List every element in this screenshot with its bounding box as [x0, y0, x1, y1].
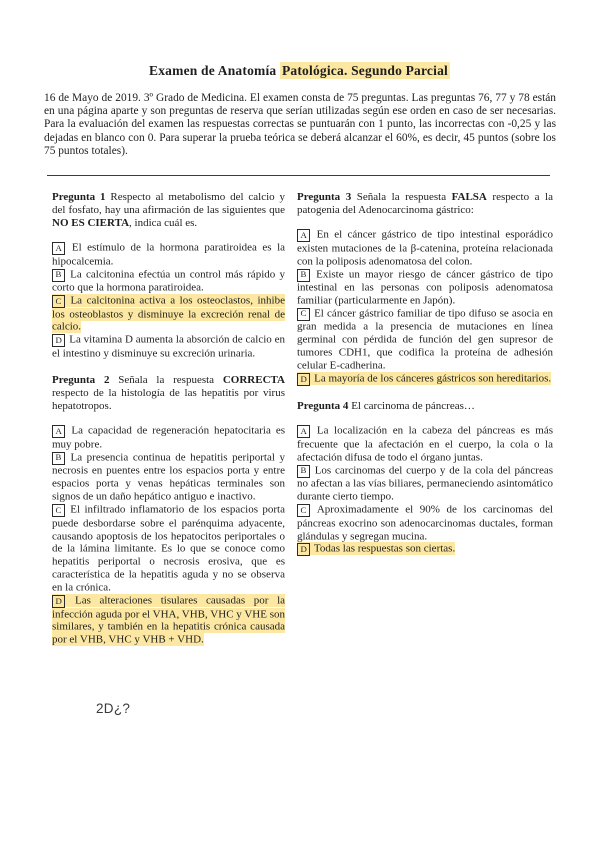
option-letter-box: B [52, 452, 65, 465]
question-4-option-b: B Los carcinomas del cuerpo y de la cola… [297, 464, 553, 503]
option-letter-box: D [52, 334, 65, 347]
question-1-option-c: C La calcitonina activa a los osteoclast… [52, 295, 285, 334]
column-left: Pregunta 1 Respecto al metabolismo del c… [52, 191, 285, 661]
question-3-header: Pregunta 3 Señala la respuesta FALSA res… [297, 191, 553, 217]
option-text: La mayoría de los cánceres gástricos son… [314, 373, 551, 385]
question-4-option-c: C Aproximadamente el 90% de los carcinom… [297, 504, 553, 543]
option-text: La calcitonina efectúa un control más rá… [52, 268, 285, 294]
question-2-option-a: A La capacidad de regeneración hepatocit… [52, 425, 285, 451]
question-2-text-pre: Señala la respuesta [109, 374, 222, 386]
question-4-header: Pregunta 4 El carcinoma de páncreas… [297, 400, 553, 413]
option-letter-box: B [297, 269, 310, 282]
option-text: La presencia continua de hepatitis perip… [52, 451, 285, 502]
section-divider [47, 175, 550, 176]
option-letter-box: C [52, 504, 65, 517]
question-4-option-d: D Todas las respuestas son ciertas. [297, 543, 553, 557]
option-letter-box: A [297, 229, 310, 242]
option-letter-box: A [52, 425, 65, 438]
option-letter-box: C [297, 504, 310, 517]
question-3: Pregunta 3 Señala la respuesta FALSA res… [297, 191, 553, 386]
question-1-option-d: D La vitamina D aumenta la absorción de … [52, 334, 285, 360]
question-3-text-pre: Señala la respuesta [351, 191, 451, 203]
question-3-label: Pregunta 3 [297, 191, 351, 203]
question-1-emphasis: NO ES CIERTA [52, 217, 129, 229]
column-right: Pregunta 3 Señala la respuesta FALSA res… [297, 191, 553, 661]
option-text: Aproximadamente el 90% de los carcinomas… [297, 504, 553, 542]
question-3-option-a: A En el cáncer gástrico de tipo intestin… [297, 229, 553, 268]
question-2-text-post: respecto de la histología de las hepatit… [52, 387, 285, 412]
option-letter-box: A [297, 425, 310, 438]
question-2: Pregunta 2 Señala la respuesta CORRECTA … [52, 374, 285, 647]
question-2-emphasis: CORRECTA [223, 374, 285, 386]
question-1-label: Pregunta 1 [52, 191, 106, 203]
option-letter-box: D [52, 595, 65, 608]
handwritten-annotation: 2D¿? [96, 701, 130, 716]
title-highlighted-part: Patológica. Segundo Parcial [280, 62, 450, 79]
option-text: Todas las respuestas son ciertas. [314, 543, 455, 555]
intro-paragraph: 16 de Mayo de 2019. 3º Grado de Medicina… [44, 92, 556, 158]
option-text: Existe un mayor riesgo de cáncer gástric… [297, 268, 553, 306]
option-text: La vitamina D aumenta la absorción de ca… [52, 334, 285, 360]
option-text: Las alteraciones tisulares causadas por … [52, 595, 285, 646]
option-text: La localización en la cabeza del páncrea… [297, 425, 553, 463]
question-4-label: Pregunta 4 [297, 400, 348, 412]
question-3-option-d: D La mayoría de los cánceres gástricos s… [297, 373, 553, 387]
question-4: Pregunta 4 El carcinoma de páncreas… A L… [297, 400, 553, 556]
option-text: La capacidad de regeneración hepatocitar… [52, 425, 285, 451]
question-3-emphasis: FALSA [452, 191, 487, 203]
option-letter-box: B [297, 465, 310, 478]
question-3-option-b: B Existe un mayor riesgo de cáncer gástr… [297, 268, 553, 307]
page-title: Examen de Anatomía Patológica. Segundo P… [0, 63, 599, 79]
question-4-option-a: A La localización en la cabeza del páncr… [297, 425, 553, 464]
question-2-label: Pregunta 2 [52, 374, 109, 386]
question-2-option-d: D Las alteraciones tisulares causadas po… [52, 595, 285, 647]
title-normal-part: Examen de Anatomía [149, 63, 276, 78]
question-2-header: Pregunta 2 Señala la respuesta CORRECTA … [52, 374, 285, 413]
option-letter-box: C [297, 308, 310, 321]
option-letter-box: A [52, 242, 65, 255]
question-1: Pregunta 1 Respecto al metabolismo del c… [52, 191, 285, 360]
option-letter-box: C [52, 295, 65, 308]
question-3-option-c: C El cáncer gástrico familiar de tipo di… [297, 307, 553, 372]
two-column-layout: Pregunta 1 Respecto al metabolismo del c… [52, 191, 553, 661]
option-text: La calcitonina activa a los osteoclastos… [52, 295, 285, 333]
question-1-text-post: , indica cuál es. [129, 217, 197, 229]
option-text: El cáncer gástrico familiar de tipo difu… [297, 307, 553, 371]
option-letter-box: B [52, 269, 65, 282]
option-text: El infiltrado inflamatorio de los espaci… [52, 504, 285, 594]
option-text: El estímulo de la hormona paratiroidea e… [52, 242, 285, 268]
question-4-text-pre: El carcinoma de páncreas… [348, 400, 474, 412]
question-2-option-c: C El infiltrado inflamatorio de los espa… [52, 504, 285, 595]
option-text: En el cáncer gástrico de tipo intestinal… [297, 229, 553, 267]
exam-document-page: Examen de Anatomía Patológica. Segundo P… [0, 0, 599, 848]
question-1-option-b: B La calcitonina efectúa un control más … [52, 268, 285, 294]
option-letter-box: D [297, 543, 310, 556]
option-text: Los carcinomas del cuerpo y de la cola d… [297, 464, 553, 502]
question-2-option-b: B La presencia continua de hepatitis per… [52, 451, 285, 503]
question-1-header: Pregunta 1 Respecto al metabolismo del c… [52, 191, 285, 230]
question-1-option-a: A El estímulo de la hormona paratiroidea… [52, 242, 285, 268]
option-letter-box: D [297, 373, 310, 386]
